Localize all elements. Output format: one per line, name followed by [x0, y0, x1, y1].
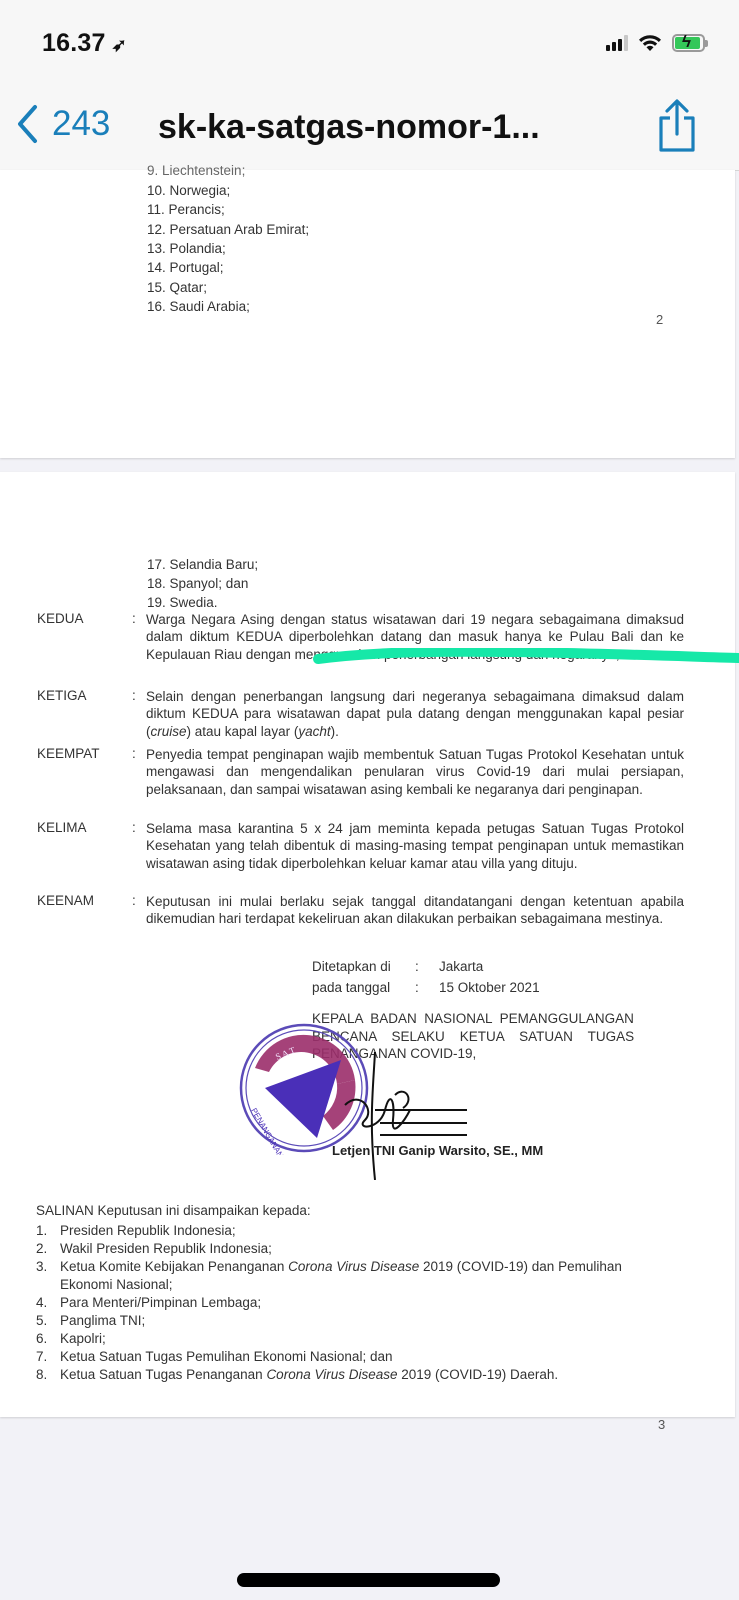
item-text: Para Menteri/Pimpinan Lembaga; [60, 1295, 261, 1310]
list-item: 13. Polandia; [147, 240, 226, 258]
item-number: 3. [36, 1259, 60, 1274]
item-text-continued: Ekonomi Nasional; [60, 1277, 173, 1292]
text-run: ) atau kapal layar ( [187, 724, 299, 739]
italic-term: Corona Virus Disease [266, 1367, 397, 1382]
status-time: 16.37➶ [42, 29, 127, 58]
chevron-left-icon [16, 104, 38, 144]
salinan-item: 8.Ketua Satuan Tugas Penanganan Corona V… [36, 1367, 558, 1382]
ditetapkan-row: Ditetapkan di : Jakarta [312, 958, 540, 976]
dictum-label-kedua: KEDUA [37, 611, 84, 626]
list-item: 16. Saudi Arabia; [147, 298, 250, 316]
share-icon[interactable] [655, 98, 699, 154]
colon: : [132, 893, 136, 908]
ditetapkan-label: Ditetapkan di [312, 958, 415, 976]
text-run: ). [331, 724, 339, 739]
list-item-cut: 9. Liechtenstein; [147, 162, 245, 180]
home-indicator[interactable] [237, 1573, 500, 1587]
colon: : [415, 979, 439, 997]
italic-term: Corona Virus Disease [288, 1259, 419, 1274]
status-bar: 16.37➶ ϟ [0, 0, 739, 90]
list-item: 14. Portugal; [147, 259, 224, 277]
item-text: Presiden Republik Indonesia; [60, 1223, 236, 1238]
svg-text:PENANGANAN: PENANGANAN [249, 1107, 285, 1156]
italic-term: cruise [151, 724, 187, 739]
dictum-text: Penyedia tempat penginapan wajib membent… [146, 746, 684, 798]
list-item: 18. Spanyol; dan [147, 575, 248, 593]
signatory-name: Letjen TNI Ganip Warsito, SE., MM [332, 1143, 543, 1158]
dictum-label-kelima: KELIMA [37, 820, 87, 835]
status-icons: ϟ [606, 34, 705, 52]
tanggal-row: pada tanggal : 15 Oktober 2021 [312, 979, 540, 997]
list-item: 19. Swedia. [147, 594, 218, 612]
colon: : [132, 746, 136, 761]
salinan-item: 4.Para Menteri/Pimpinan Lembaga; [36, 1295, 261, 1310]
salinan-heading: SALINAN Keputusan ini disampaikan kepada… [36, 1203, 311, 1218]
item-number: 5. [36, 1313, 60, 1328]
item-number: 2. [36, 1241, 60, 1256]
tanggal-label: pada tanggal [312, 979, 415, 997]
dictum-text: Keputusan ini mulai berlaku sejak tangga… [146, 893, 684, 928]
salinan-item: 2.Wakil Presiden Republik Indonesia; [36, 1241, 272, 1256]
dictum-label-ketiga: KETIGA [37, 688, 87, 703]
salinan-item: 3.Ketua Komite Kebijakan Penanganan Coro… [36, 1259, 622, 1274]
time-text: 16.37 [42, 29, 106, 57]
list-item: 11. Perancis; [147, 201, 225, 219]
list-item: 17. Selandia Baru; [147, 556, 258, 574]
back-button[interactable]: 243 [16, 104, 110, 144]
item-text: 2019 (COVID-19) Daerah. [398, 1367, 559, 1382]
item-text: Ketua Satuan Tugas Pemulihan Ekonomi Nas… [60, 1349, 392, 1364]
signature-scribble [335, 1050, 475, 1180]
item-text: Ketua Satuan Tugas Penanganan [60, 1367, 266, 1382]
salinan-item: 7.Ketua Satuan Tugas Pemulihan Ekonomi N… [36, 1349, 392, 1364]
dictum-text: Selain dengan penerbangan langsung dari … [146, 688, 684, 740]
wifi-icon [638, 34, 662, 52]
item-text: Wakil Presiden Republik Indonesia; [60, 1241, 272, 1256]
ditetapkan-block: Ditetapkan di : Jakarta pada tanggal : 1… [312, 958, 540, 997]
colon: : [132, 688, 136, 703]
tanggal-value: 15 Oktober 2021 [439, 979, 540, 997]
page-number: 2 [656, 311, 663, 329]
ditetapkan-value: Jakarta [439, 958, 483, 976]
highlight-marker-stroke [312, 648, 739, 666]
list-item: 12. Persatuan Arab Emirat; [147, 221, 309, 239]
colon: : [132, 611, 136, 626]
list-item: 10. Norwegia; [147, 182, 230, 200]
dictum-label-keenam: KEENAM [37, 893, 94, 908]
location-arrow-icon: ➶ [112, 35, 127, 56]
colon: : [132, 820, 136, 835]
item-text: Kapolri; [60, 1331, 106, 1346]
navigation-bar: 243 sk-ka-satgas-nomor-1... [0, 90, 739, 171]
item-number: 1. [36, 1223, 60, 1238]
page-number: 3 [658, 1417, 665, 1432]
cellular-signal-icon [606, 35, 628, 51]
item-number: 8. [36, 1367, 60, 1382]
salinan-item: 1.Presiden Republik Indonesia; [36, 1223, 236, 1238]
italic-term: yacht [298, 724, 330, 739]
battery-charging-icon: ϟ [672, 34, 705, 52]
item-text: Ketua Komite Kebijakan Penanganan [60, 1259, 288, 1274]
dictum-label-keempat: KEEMPAT [37, 746, 100, 761]
dictum-text: Selama masa karantina 5 x 24 jam meminta… [146, 820, 684, 872]
document-title: sk-ka-satgas-nomor-1... [158, 108, 540, 147]
pdf-page-2: 9. Liechtenstein; 10. Norwegia;11. Peran… [0, 170, 735, 458]
back-count: 243 [52, 104, 110, 144]
salinan-item: 5.Panglima TNI; [36, 1313, 145, 1328]
colon: : [415, 958, 439, 976]
salinan-item: 6.Kapolri; [36, 1331, 106, 1346]
item-text: Panglima TNI; [60, 1313, 145, 1328]
item-number: 4. [36, 1295, 60, 1310]
item-number: 6. [36, 1331, 60, 1346]
item-number: 7. [36, 1349, 60, 1364]
list-item: 15. Qatar; [147, 279, 207, 297]
item-text: 2019 (COVID-19) dan Pemulihan [419, 1259, 622, 1274]
